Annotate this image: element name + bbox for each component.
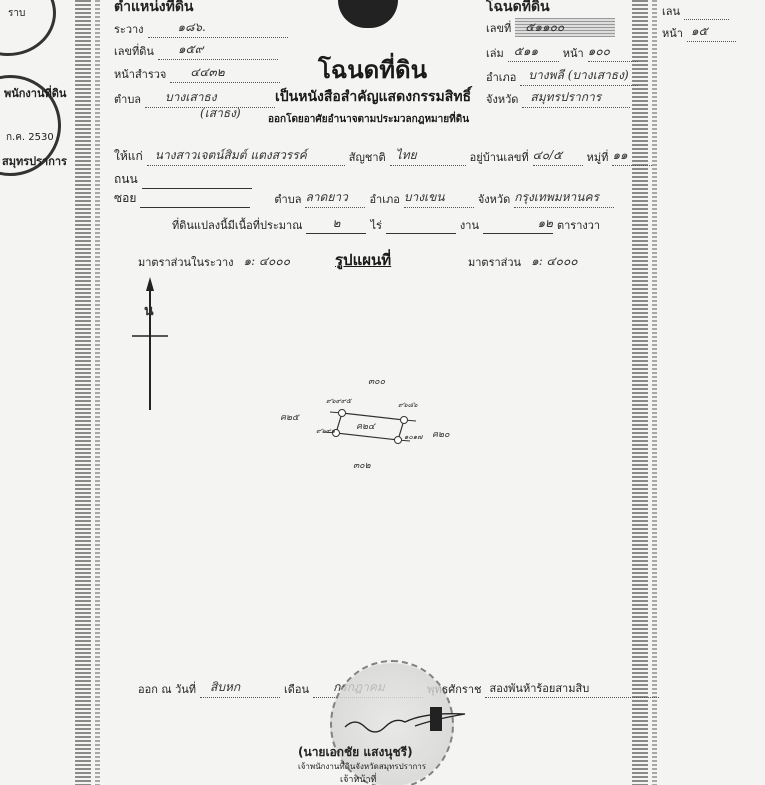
- neighbor-east: ค๒๐: [432, 427, 449, 441]
- map-heading: รูปแผนที่: [335, 248, 391, 272]
- neighbor-north: ๓๐๐: [368, 374, 385, 388]
- subdistrict-header-value-alt: (เสาธง): [200, 104, 241, 123]
- issue-day-value: สิบหก: [200, 678, 280, 698]
- plot-label: ค๒๔: [356, 419, 375, 433]
- survey-page-value: ๔๔๓๒: [170, 63, 280, 83]
- rai-value: ๒: [306, 214, 366, 234]
- left-security-border: [75, 0, 91, 785]
- field-book: เล่ม ๕๑๑ หน้า ๑๐๐: [486, 42, 638, 62]
- province-value: กรุงเทพมหานคร: [514, 188, 614, 208]
- left-security-border-inner: [95, 0, 100, 785]
- province-header-value: สมุทรปราการ: [522, 88, 630, 108]
- stamp-mid-bottom: สมุทรปราการ: [2, 152, 67, 170]
- far-right-field-1: เลน: [662, 2, 729, 20]
- stamp-mid-top: พนักงานที่ดิน: [4, 84, 66, 102]
- signature: [340, 705, 470, 740]
- deed-no-value: ๕๑๑๐๐: [515, 18, 615, 37]
- wa-value: ๑๒: [483, 214, 553, 234]
- owner-row: ให้แก่ นางสาวเจตน์สิมต์ แตงสวรรค์ สัญชาต…: [114, 146, 652, 166]
- scale-grid: มาตราส่วนในระวาง ๑: ๔๐๐๐: [138, 252, 290, 271]
- field-parcel-no: เลขที่ดิน ๑๕๙: [114, 40, 278, 60]
- scale: มาตราส่วน ๑: ๔๐๐๐: [468, 252, 578, 271]
- deed-section-title: โฉนดที่ดิน: [486, 0, 550, 18]
- moo-value: ๑๑: [612, 146, 652, 166]
- page-value: ๑๐๐: [588, 42, 638, 62]
- field-subdistrict-header: ตำบล บางเสาธง: [114, 88, 275, 108]
- corner-top-right: ๙๖๘๖: [398, 400, 417, 411]
- document-subtitle: เป็นหนังสือสำคัญแสดงกรรมสิทธิ์: [275, 86, 471, 108]
- ngan-value: [386, 233, 456, 234]
- road-row: ถนน: [114, 170, 252, 189]
- area-row: ที่ดินแปลงนี้มีเนื้อที่ประมาณ ๒ ไร่ งาน …: [172, 214, 600, 234]
- garuda-emblem-icon: [338, 0, 398, 28]
- neighbor-south: ๓๐๒: [353, 458, 371, 472]
- north-arrow-icon: [130, 275, 180, 415]
- house-no-value: ๔๐/๕: [533, 146, 583, 166]
- district-value: บางเขน: [404, 188, 474, 208]
- subdistrict-value: ลาดยาว: [305, 188, 365, 208]
- corner-top-left: ๙๖๙๙๕: [326, 396, 351, 407]
- nationality-value: ไทย: [390, 146, 466, 166]
- book-value: ๕๑๑: [508, 42, 559, 62]
- soi-row: ซอย ตำบล ลาดยาว อำเภอ บางเขน จังหวัด กรุ…: [114, 188, 614, 208]
- issue-year-value: สองพันห้าร้อยสามสิบ: [485, 679, 659, 698]
- official-subtitle: เจ้าหน้าที่: [340, 772, 376, 785]
- corner-bottom-left: ๙๖๙๑: [316, 426, 335, 437]
- field-district-header: อำเภอ บางพลี (บางเสาธง): [486, 66, 638, 86]
- owner-name-value: นางสาวเจตน์สิมต์ แตงสวรรค์: [147, 146, 345, 166]
- field-sheet: ระวาง ๑๘๖.: [114, 18, 288, 38]
- soi-value: [140, 207, 250, 208]
- field-province-header: จังหวัด สมุทรปราการ: [486, 88, 630, 108]
- issuing-authority: ออกโดยอาศัยอำนาจตามประมวลกฎหมายที่ดิน: [268, 112, 469, 127]
- corner-bottom-right: ๑๐๑๗: [404, 432, 422, 443]
- north-label: น: [144, 300, 154, 322]
- parcel-no-value: ๑๕๙: [158, 40, 278, 60]
- document-title: โฉนดที่ดิน: [318, 50, 427, 89]
- field-deed-no: เลขที่ ๕๑๑๐๐: [486, 18, 615, 37]
- scale-value: ๑: ๔๐๐๐: [531, 252, 578, 271]
- district-header-value: บางพลี (บางเสาธง): [520, 66, 638, 86]
- far-right-field-2: หน้า ๑๕: [662, 22, 736, 42]
- sheet-value: ๑๘๖.: [148, 18, 288, 38]
- field-survey-page: หน้าสำรวจ ๔๔๓๒: [114, 63, 280, 83]
- neighbor-west: ค๒๕: [280, 410, 299, 424]
- location-section-title: ตำแหน่งที่ดิน: [114, 0, 194, 18]
- stamp-top-text: ราบ: [8, 6, 25, 21]
- right-security-border-inner: [652, 0, 657, 785]
- right-security-border: [632, 0, 648, 785]
- stamp-mid-date: ก.ค. 2530: [6, 130, 54, 145]
- scale-grid-value: ๑: ๔๐๐๐: [244, 252, 291, 271]
